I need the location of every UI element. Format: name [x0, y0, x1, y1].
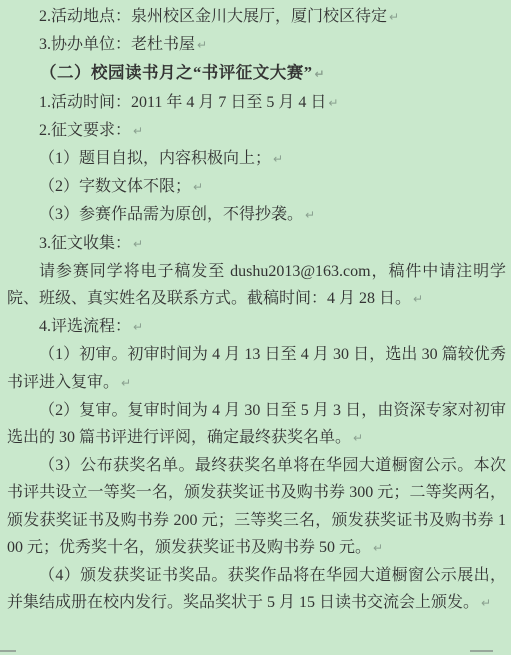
paragraph-mark-icon: ↵ [121, 376, 131, 390]
paragraph-activity-time: 1.活动时间：2011 年 4 月 7 日至 5 月 4 日↵ [7, 89, 506, 117]
paragraph-text: （3）参赛作品需为原创，不得抄袭。 [39, 206, 303, 223]
paragraph-text: （2）字数文体不限； [39, 178, 191, 195]
paragraph-award-announcement: （3）公布获奖名单。最终获奖名单将在华园大道橱窗公示。本次书评共设立一等奖一名，… [7, 452, 506, 562]
paragraph-mark-icon: ↵ [197, 38, 207, 52]
paragraph-mark-icon: ↵ [133, 320, 143, 334]
paragraph-mark-icon: ↵ [481, 596, 491, 610]
page-boundary-mark-right [470, 650, 493, 652]
paragraph-mark-icon: ↵ [273, 152, 283, 166]
paragraph-activity-location: 2.活动地点：泉州校区金川大展厅，厦门校区待定↵ [7, 3, 506, 31]
paragraph-text: 4.评选流程： [39, 318, 131, 335]
paragraph-first-review: （1）初审。初审时间为 4 月 13 日至 4 月 30 日，选出 30 篇较优… [7, 341, 506, 396]
paragraph-requirement-3: （3）参赛作品需为原创，不得抄袭。↵ [7, 201, 506, 229]
paragraph-second-review: （2）复审。复审时间为 4 月 30 日至 5 月 3 日，由资深专家对初审选出… [7, 397, 506, 452]
paragraph-essay-requirements-title: 2.征文要求：↵ [7, 117, 506, 145]
paragraph-text: 2.活动地点：泉州校区金川大展厅，厦门校区待定 [39, 8, 387, 25]
document-body: 2.活动地点：泉州校区金川大展厅，厦门校区待定↵ 3.协办单位：老杜书屋↵ （二… [7, 3, 506, 617]
paragraph-text: （1）题目自拟，内容积极向上； [39, 150, 271, 167]
page-boundary-mark-left [0, 650, 16, 652]
paragraph-mark-icon: ↵ [373, 541, 383, 555]
paragraph-text: 3.协办单位：老杜书屋 [39, 36, 195, 53]
word-document-page: { "page": { "colors": { "bg": "#c9e8cc",… [0, 0, 511, 655]
paragraph-mark-icon: ↵ [328, 96, 338, 110]
paragraph-text: （4）颁发获奖证书奖品。获奖作品将在华园大道橱窗公示展出，并集结成册在校内发行。… [7, 567, 506, 611]
paragraph-text: （1）初审。初审时间为 4 月 13 日至 4 月 30 日，选出 30 篇较优… [7, 346, 506, 390]
paragraph-mark-icon: ↵ [193, 180, 203, 194]
paragraph-selection-process-title: 4.评选流程：↵ [7, 313, 506, 341]
heading-text: （二）校园读书月之“书评征文大赛” [40, 63, 313, 82]
paragraph-text: 3.征文收集： [39, 235, 131, 252]
paragraph-text: 2.征文要求： [39, 122, 131, 139]
paragraph-mark-icon: ↵ [315, 67, 326, 81]
paragraph-mark-icon: ↵ [133, 124, 143, 138]
paragraph-text: 1.活动时间：2011 年 4 月 7 日至 5 月 4 日 [39, 94, 326, 111]
heading-essay-contest: （二）校园读书月之“书评征文大赛”↵ [7, 59, 506, 88]
paragraph-essay-collection-title: 3.征文收集：↵ [7, 230, 506, 258]
paragraph-submission-email: 请参赛同学将电子稿发至 dushu2013@163.com，稿件中请注明学院、班… [7, 258, 506, 313]
paragraph-mark-icon: ↵ [305, 208, 315, 222]
paragraph-requirement-1: （1）题目自拟，内容积极向上；↵ [7, 145, 506, 173]
paragraph-requirement-2: （2）字数文体不限；↵ [7, 173, 506, 201]
paragraph-text: （3）公布获奖名单。最终获奖名单将在华园大道橱窗公示。本次书评共设立一等奖一名，… [7, 457, 506, 556]
paragraph-text: （2）复审。复审时间为 4 月 30 日至 5 月 3 日，由资深专家对初审选出… [7, 402, 506, 446]
paragraph-award-ceremony: （4）颁发获奖证书奖品。获奖作品将在华园大道橱窗公示展出，并集结成册在校内发行。… [7, 562, 506, 617]
paragraph-mark-icon: ↵ [133, 237, 143, 251]
paragraph-mark-icon: ↵ [413, 292, 423, 306]
paragraph-co-organizer: 3.协办单位：老杜书屋↵ [7, 31, 506, 59]
paragraph-text: 请参赛同学将电子稿发至 dushu2013@163.com，稿件中请注明学院、班… [7, 263, 506, 307]
paragraph-mark-icon: ↵ [389, 10, 399, 24]
paragraph-mark-icon: ↵ [353, 431, 363, 445]
